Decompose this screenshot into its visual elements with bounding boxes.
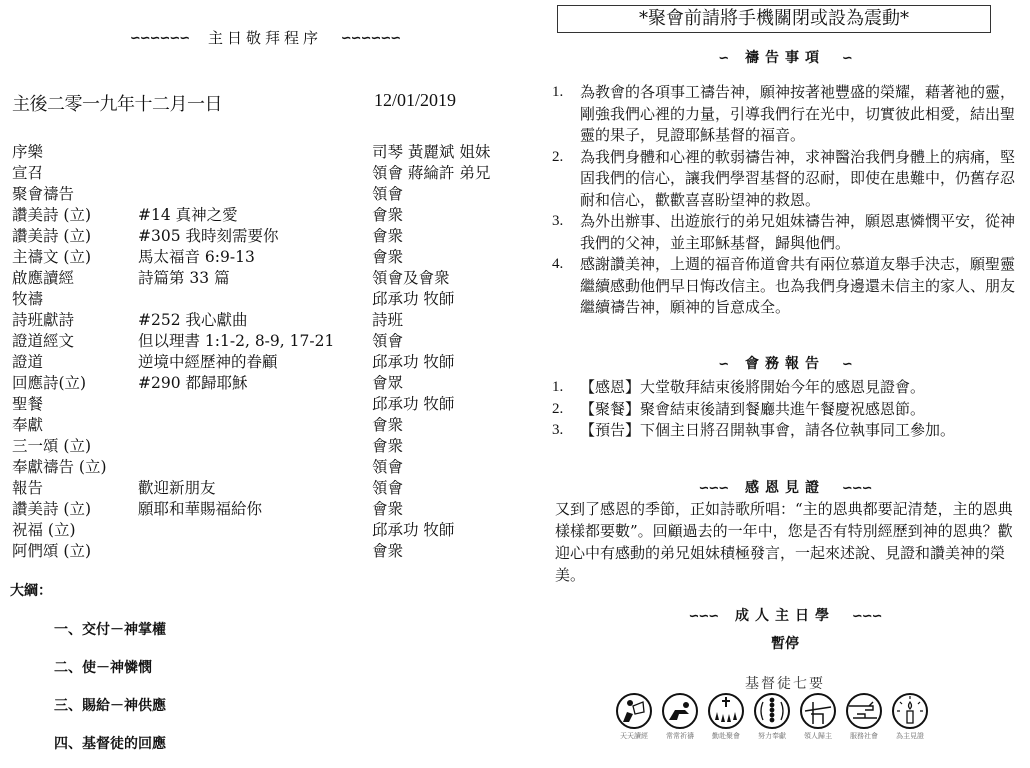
- item-text: 為外出辦事、出遊旅行的弟兄姐妹禱告神，願恩惠憐憫平安，從神我們的父神，並主耶穌基…: [580, 212, 1015, 252]
- item-number: 1.: [552, 82, 563, 104]
- program-row: 阿們頌 (立)會衆: [12, 541, 522, 562]
- outline-title: 大綱：: [10, 580, 52, 600]
- announcements-title: 會務報告: [745, 356, 825, 372]
- program-row: 主禱文 (立)馬太福音 6:9-13會衆: [12, 247, 522, 268]
- date-numeric: 12/01/2019: [374, 90, 456, 111]
- program-item-name: 宣召: [12, 163, 43, 184]
- program-item-name: 聖餐: [12, 394, 43, 415]
- item-text: 感謝讚美神，上週的福音佈道會共有兩位慕道友舉手決志，願聖靈繼續感動他們早日悔改信…: [580, 255, 1015, 316]
- item-text: 【預告】下個主日將召開執事會，請各位執事同工參加。: [580, 421, 955, 439]
- program-item-person: 領會: [372, 478, 403, 499]
- program-item-name: 聚會禱告: [12, 184, 74, 205]
- program-row: 回應詩(立)#290 都歸耶穌會眾: [12, 373, 522, 394]
- program-item-person: 領會 蔣綸許 弟兄: [372, 163, 490, 184]
- kneeling-prayer-icon: [659, 692, 701, 730]
- outline-item: 二、使－神憐憫: [54, 658, 166, 696]
- program-item-person: 邱承功 牧師: [372, 394, 454, 415]
- item-text: 為教會的各項事工禱告神，願神按著祂豐盛的榮耀，藉著祂的靈，剛強我們心裡的力量，引…: [580, 83, 1015, 144]
- essential-item: 為主見證: [888, 692, 932, 741]
- program-item-detail: #14 真神之愛: [138, 205, 238, 226]
- program-item-detail: 願耶和華賜福給你: [138, 499, 262, 520]
- essential-label: 勤赴聚會: [712, 731, 740, 741]
- program-heading: ∽∽∽∽∽∽ 主日敬拜程序 ∽∽∽∽∽∽: [0, 27, 530, 48]
- program-item-detail: 但以理書 1:1-2, 8-9, 17-21: [138, 331, 334, 352]
- essential-item: 常常祈禱: [658, 692, 702, 741]
- program-item-person: 會衆: [372, 436, 403, 457]
- sunday-school-title: 成人主日學: [735, 608, 835, 624]
- program-item-detail: 詩篇第 33 篇: [138, 268, 230, 289]
- program-item-name: 啟應讀經: [12, 268, 74, 289]
- prayer-list: 1. 為教會的各項事工禱告神，願神按著祂豐盛的榮耀，藉著祂的靈，剛強我們心裡的力…: [552, 82, 1022, 319]
- prayer-item: 4. 感謝讚美神，上週的福音佈道會共有兩位慕道友舉手決志，願聖靈繼續感動他們早日…: [552, 254, 1022, 319]
- item-number: 3.: [552, 211, 563, 233]
- candle-witness-icon: [889, 692, 931, 730]
- program-item-person: 邱承功 牧師: [372, 352, 454, 373]
- essential-label: 為主見證: [896, 731, 924, 741]
- program-item-person: 邱承功 牧師: [372, 520, 454, 541]
- essential-item: 天天讀經: [612, 692, 656, 741]
- program-item-name: 阿們頌 (立): [12, 541, 91, 562]
- program-item-person: 詩班: [372, 310, 403, 331]
- program-row: 聖餐邱承功 牧師: [12, 394, 522, 415]
- program-item-person: 邱承功 牧師: [372, 289, 454, 310]
- essential-item: 領人歸主: [796, 692, 840, 741]
- program-item-name: 奉獻: [12, 415, 43, 436]
- program-item-person: 領會及會衆: [372, 268, 450, 289]
- announcements-heading: ∽ 會務報告 ∽: [540, 353, 1030, 373]
- outline-item: 四、基督徒的回應: [54, 734, 166, 768]
- essential-item: 勤赴聚會: [704, 692, 748, 741]
- program-row: 讚美詩 (立)#305 我時刻需要你會衆: [12, 226, 522, 247]
- program-row: 三一頌 (立)會衆: [12, 436, 522, 457]
- swirl-ornament-icon: ∽∽∽: [842, 481, 872, 496]
- program-item-person: 會眾: [372, 373, 403, 394]
- item-text: 【聚餐】聚會結束後請到餐廳共進午餐慶祝感恩節。: [580, 400, 925, 418]
- fish-offering-icon: [751, 692, 793, 730]
- prayer-item: 1. 為教會的各項事工禱告神，願神按著祂豐盛的榮耀，藉著祂的靈，剛強我們心裡的力…: [552, 82, 1022, 147]
- program-item-person: 會衆: [372, 247, 403, 268]
- program-item-detail: #252 我心獻曲: [138, 310, 248, 331]
- reading-bible-icon: [613, 692, 655, 730]
- prayer-title: 禱告事項: [745, 50, 825, 66]
- swirl-ornament-icon: ∽: [718, 51, 728, 66]
- program-item-name: 主禱文 (立): [12, 247, 91, 268]
- program-item-person: 領會: [372, 457, 403, 478]
- swirl-ornament-icon: ∽: [842, 51, 852, 66]
- announcement-item: 3. 【預告】下個主日將召開執事會，請各位執事同工參加。: [552, 420, 1022, 442]
- date-chinese: 主後二零一九年十二月一日: [12, 90, 222, 116]
- item-number: 4.: [552, 254, 563, 276]
- program-item-name: 報告: [12, 478, 43, 499]
- program-item-person: 會衆: [372, 226, 403, 247]
- program-item-detail: 馬太福音 6:9-13: [138, 247, 255, 268]
- program-item-detail: 逆境中經歷神的眷顧: [138, 352, 278, 373]
- item-text: 為我們身體和心裡的軟弱禱告神，求神醫治我們身體上的病痛，堅固我們的信心，讓我們學…: [580, 148, 1015, 209]
- swirl-ornament-icon: ∽∽∽∽∽∽: [341, 31, 400, 46]
- essential-item: 努力奉獻: [750, 692, 794, 741]
- program-item-person: 領會: [372, 184, 403, 205]
- essential-label: 常常祈禱: [666, 731, 694, 741]
- program-row: 聚會禱告領會: [12, 184, 522, 205]
- essential-item: 服務社會: [842, 692, 886, 741]
- swirl-ornament-icon: ∽∽∽: [698, 481, 728, 496]
- program-item-name: 讚美詩 (立): [12, 226, 91, 247]
- program-row: 宣召領會 蔣綸許 弟兄: [12, 163, 522, 184]
- essential-label: 天天讀經: [620, 731, 648, 741]
- program-row: 證道逆境中經歷神的眷顧邱承功 牧師: [12, 352, 522, 373]
- announcement-list: 1. 【感恩】大堂敬拜結束後將開始今年的感恩見證會。 2. 【聚餐】聚會結束後請…: [552, 377, 1022, 442]
- seven-essentials-title: 基督徒七要: [540, 673, 1030, 693]
- announcement-item: 1. 【感恩】大堂敬拜結束後將開始今年的感恩見證會。: [552, 377, 1022, 399]
- program-item-name: 序樂: [12, 142, 43, 163]
- program-item-person: 領會: [372, 331, 403, 352]
- sunday-school-heading: ∽∽∽ 成人主日學 ∽∽∽: [540, 605, 1030, 625]
- program-row: 序樂司琴 黃麗斌 姐妹: [12, 142, 522, 163]
- program-item-name: 三一頌 (立): [12, 436, 91, 457]
- swirl-ornament-icon: ∽: [842, 357, 852, 372]
- outline-item: 一、交付－神掌權: [54, 620, 166, 658]
- program-row: 啟應讀經詩篇第 33 篇領會及會衆: [12, 268, 522, 289]
- program-item-detail: #305 我時刻需要你: [138, 226, 279, 247]
- serving-hands-icon: [843, 692, 885, 730]
- program-row: 讚美詩 (立)#14 真神之愛會衆: [12, 205, 522, 226]
- essential-label: 領人歸主: [804, 731, 832, 741]
- program-row: 奉獻會衆: [12, 415, 522, 436]
- item-number: 1.: [552, 377, 563, 399]
- announcement-item: 2. 【聚餐】聚會結束後請到餐廳共進午餐慶祝感恩節。: [552, 399, 1022, 421]
- program-item-person: 司琴 黃麗斌 姐妹: [372, 142, 490, 163]
- seven-essentials-icons: 天天讀經 常常祈禱 勤赴聚會: [612, 692, 932, 741]
- item-number: 3.: [552, 420, 563, 442]
- leading-to-lord-icon: [797, 692, 839, 730]
- swirl-ornament-icon: ∽∽∽: [852, 609, 882, 624]
- program-row: 牧禱邱承功 牧師: [12, 289, 522, 310]
- item-text: 【感恩】大堂敬拜結束後將開始今年的感恩見證會。: [580, 378, 925, 396]
- church-gathering-icon: [705, 692, 747, 730]
- sunday-school-status: 暫停: [540, 633, 1030, 653]
- program-item-person: 會衆: [372, 205, 403, 226]
- announcements-page: *聚會前請將手機關閉或設為震動* ∽ 禱告事項 ∽ 1. 為教會的各項事工禱告神…: [540, 0, 1030, 768]
- program-item-person: 會衆: [372, 499, 403, 520]
- essential-label: 服務社會: [850, 731, 878, 741]
- program-row: 祝福 (立)邱承功 牧師: [12, 520, 522, 541]
- sermon-outline: 一、交付－神掌權 二、使－神憐憫 三、賜給－神供應 四、基督徒的回應: [54, 620, 166, 768]
- testimony-text: 又到了感恩的季節，正如詩歌所唱：“主的恩典都要記清楚，主的恩典樣樣都要數”。回顧…: [555, 498, 1017, 586]
- prayer-item: 2. 為我們身體和心裡的軟弱禱告神，求神醫治我們身體上的病痛，堅固我們的信心，讓…: [552, 147, 1022, 212]
- program-item-name: 祝福 (立): [12, 520, 76, 541]
- phone-notice-box: *聚會前請將手機關閉或設為震動*: [557, 5, 991, 33]
- program-item-name: 證道: [12, 352, 43, 373]
- program-item-person: 會衆: [372, 415, 403, 436]
- testimony-heading: ∽∽∽ 感恩見證 ∽∽∽: [540, 477, 1030, 497]
- outline-item: 三、賜給－神供應: [54, 696, 166, 734]
- prayer-item: 3. 為外出辦事、出遊旅行的弟兄姐妹禱告神，願恩惠憐憫平安，從神我們的父神，並主…: [552, 211, 1022, 254]
- program-item-person: 會衆: [372, 541, 403, 562]
- worship-program-page: ∽∽∽∽∽∽ 主日敬拜程序 ∽∽∽∽∽∽ 主後二零一九年十二月一日 12/01/…: [0, 0, 530, 768]
- item-number: 2.: [552, 399, 563, 421]
- prayer-heading: ∽ 禱告事項 ∽: [540, 47, 1030, 67]
- program-item-name: 牧禱: [12, 289, 43, 310]
- testimony-title: 感恩見證: [745, 480, 825, 496]
- program-row: 讚美詩 (立)願耶和華賜福給你會衆: [12, 499, 522, 520]
- program-item-name: 回應詩(立): [12, 373, 86, 394]
- program-item-name: 奉獻禱告 (立): [12, 457, 107, 478]
- program-list: 序樂司琴 黃麗斌 姐妹宣召領會 蔣綸許 弟兄聚會禱告領會讚美詩 (立)#14 真…: [12, 142, 522, 562]
- program-row: 報告歡迎新朋友領會: [12, 478, 522, 499]
- item-number: 2.: [552, 147, 563, 169]
- program-row: 證道經文但以理書 1:1-2, 8-9, 17-21領會: [12, 331, 522, 352]
- program-item-name: 讚美詩 (立): [12, 499, 91, 520]
- program-item-name: 證道經文: [12, 331, 74, 352]
- program-item-name: 詩班獻詩: [12, 310, 74, 331]
- swirl-ornament-icon: ∽: [718, 357, 728, 372]
- program-item-detail: #290 都歸耶穌: [138, 373, 248, 394]
- essential-label: 努力奉獻: [758, 731, 786, 741]
- program-item-detail: 歡迎新朋友: [138, 478, 216, 499]
- swirl-ornament-icon: ∽∽∽∽∽∽: [130, 31, 189, 46]
- program-row: 奉獻禱告 (立)領會: [12, 457, 522, 478]
- swirl-ornament-icon: ∽∽∽: [688, 609, 718, 624]
- program-item-name: 讚美詩 (立): [12, 205, 91, 226]
- program-row: 詩班獻詩#252 我心獻曲詩班: [12, 310, 522, 331]
- program-title: 主日敬拜程序: [208, 29, 322, 47]
